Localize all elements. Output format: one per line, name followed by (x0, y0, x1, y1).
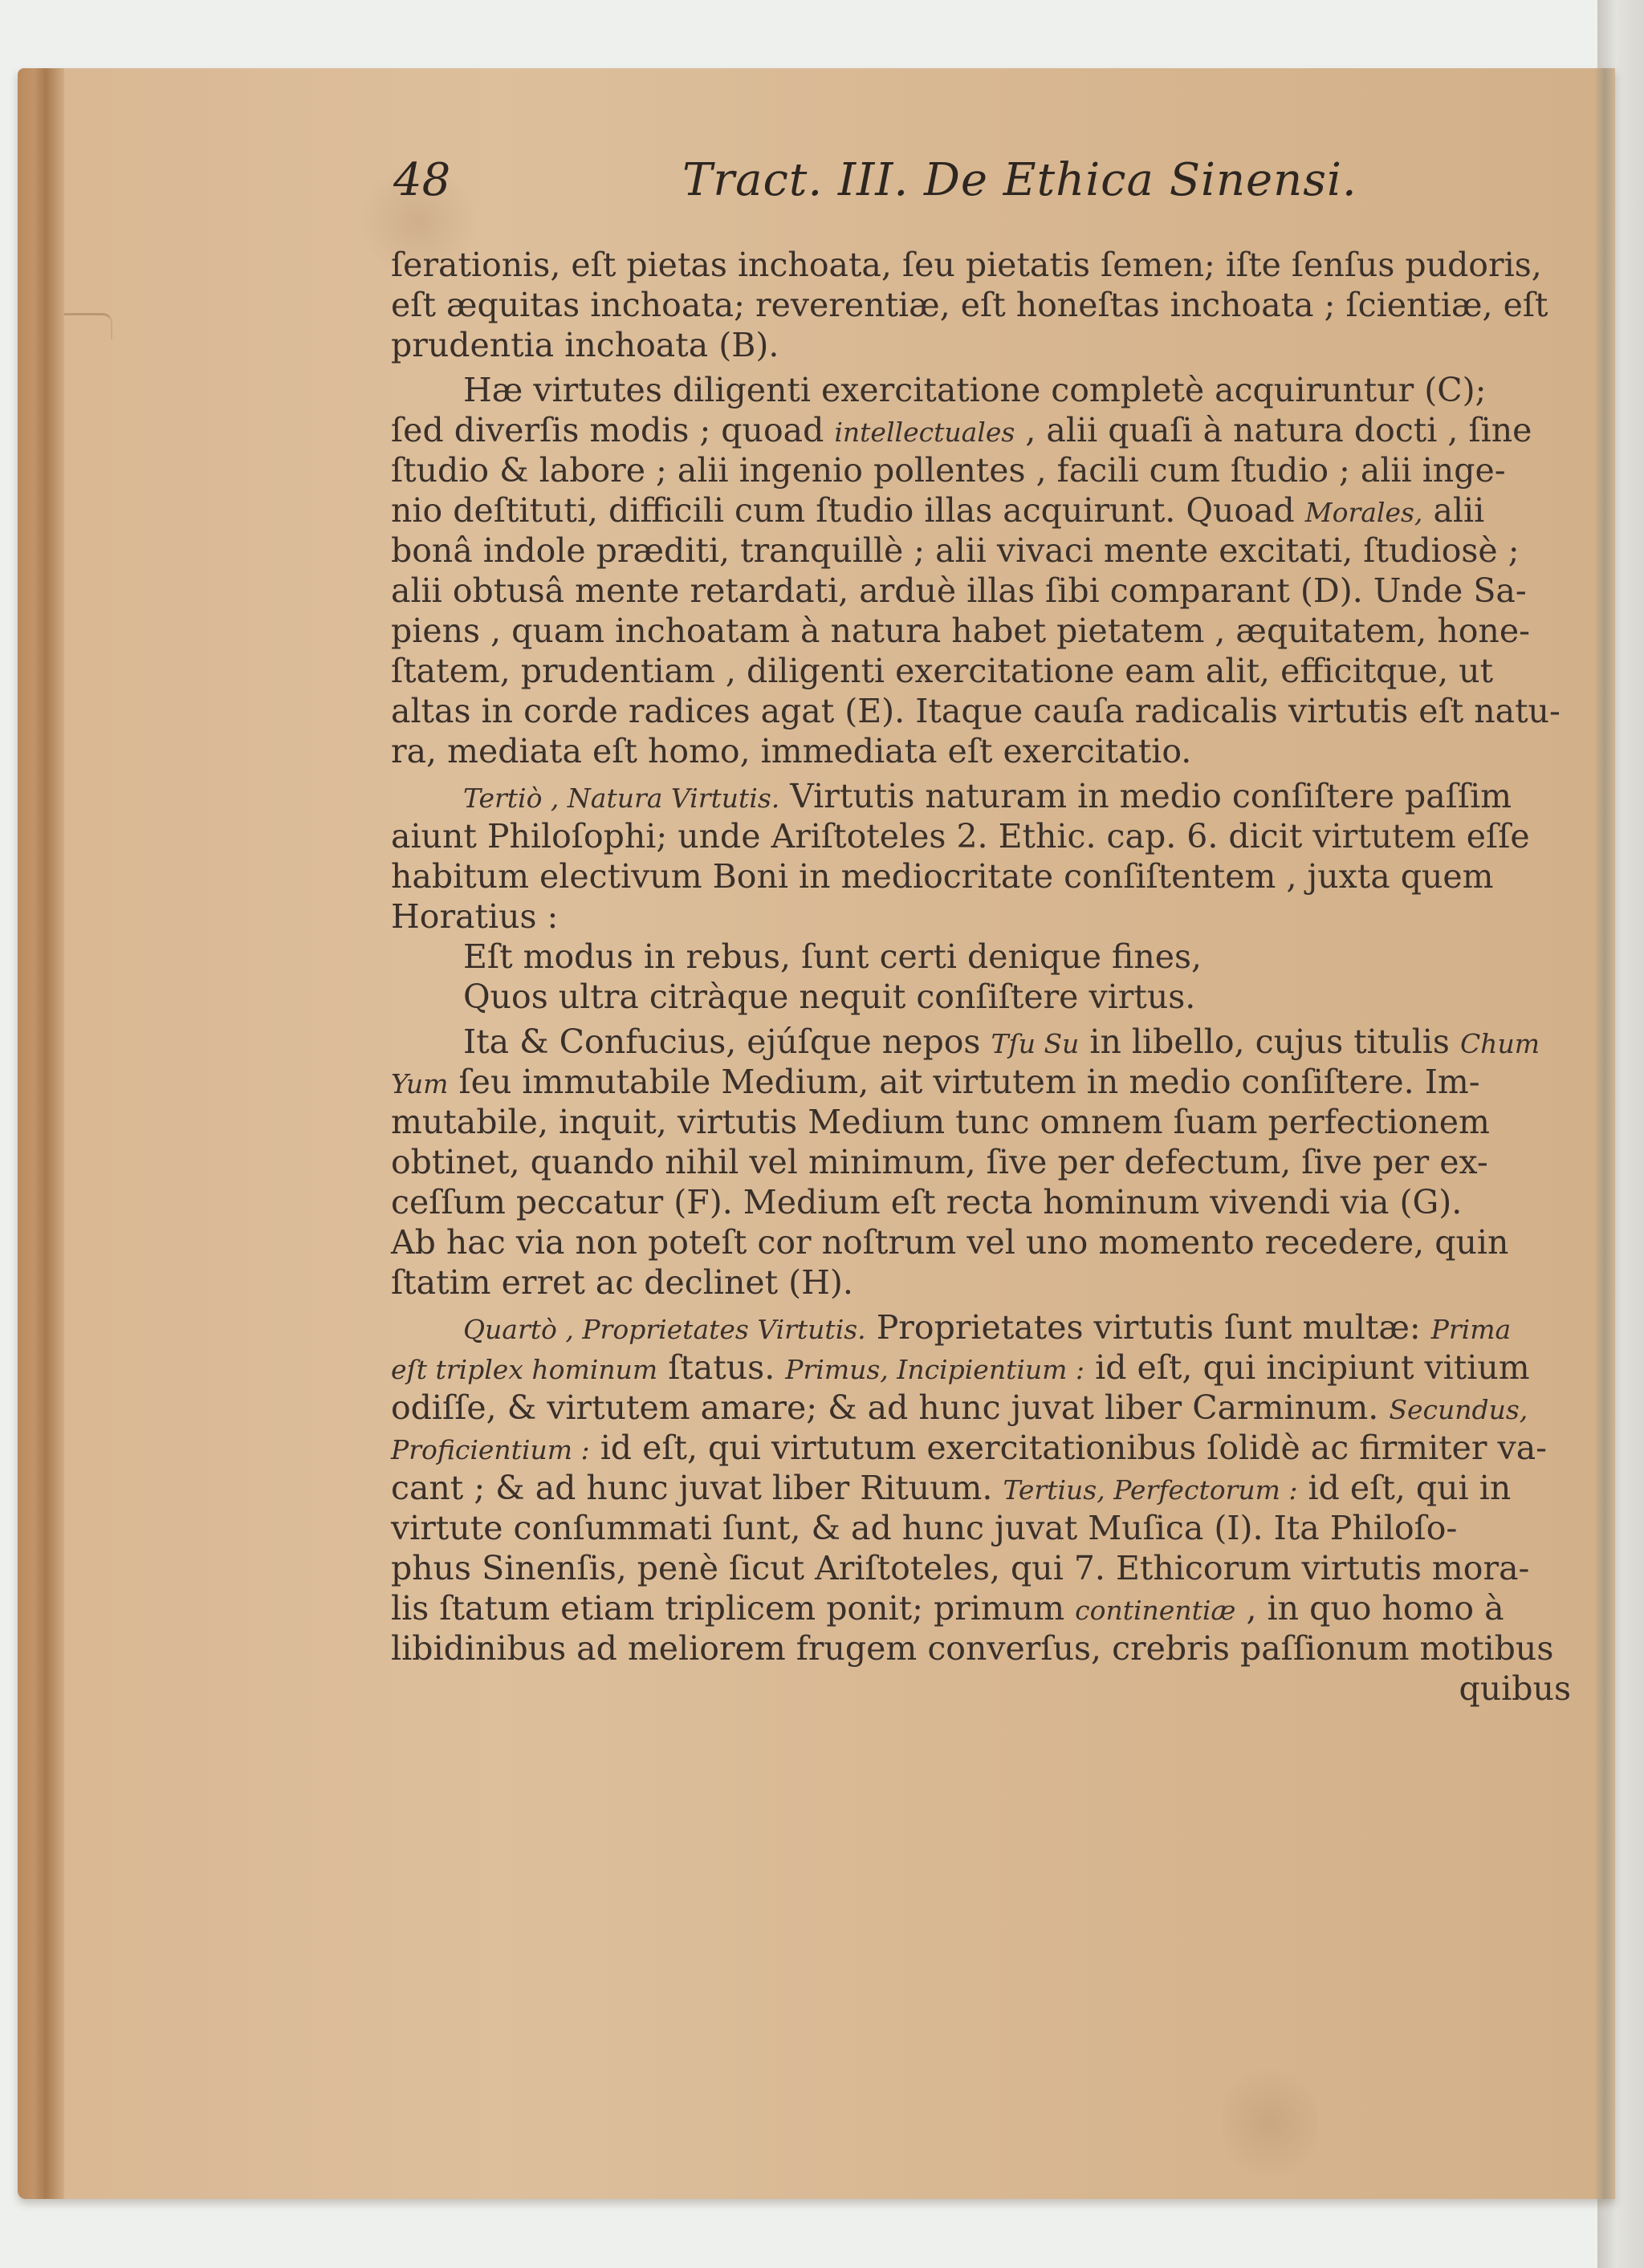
text-line: ſerationis, eſt pietas inchoata, ſeu pie… (391, 245, 1627, 285)
text-line: Tertiò , Natura Virtutis. Virtutis natur… (391, 776, 1627, 816)
text-segment: ſtudio & labore ; alii ingenio pollentes… (391, 451, 1506, 490)
text-line: altas in corde radices agat (E). Itaque … (391, 691, 1627, 731)
text-line: alii obtusâ mente retardati, arduè illas… (391, 571, 1627, 611)
text-segment: obtinet, quando nihil vel minimum, ſive … (391, 1143, 1488, 1181)
text-segment: odiſſe, & virtutem amare; & ad hunc juva… (391, 1388, 1389, 1427)
text-segment: Eſt modus in rebus, ſunt certi denique f… (463, 937, 1202, 976)
text-segment: ra, mediata eſt homo, immediata eſt exer… (391, 732, 1191, 770)
text-line: lis ſtatum etiam triplicem ponit; primum… (391, 1588, 1627, 1628)
text-segment: Proprietates virtutis ſunt multæ: (866, 1308, 1431, 1347)
text-line: Yum ſeu immutabile Medium, ait virtutem … (391, 1062, 1627, 1102)
text-segment: mutabile, inquit, virtutis Medium tunc o… (391, 1103, 1490, 1141)
italic-term: Secundus, (1389, 1394, 1528, 1425)
text-segment: quibus (1459, 1669, 1571, 1708)
text-line: Proficientium : id eſt, qui virtutum exe… (391, 1428, 1627, 1468)
text-segment: Ab hac via non poteſt cor noſtrum vel un… (391, 1223, 1508, 1262)
text-segment: prudentia inchoata (B). (391, 326, 779, 364)
text-line: eſt æquitas inchoata; reverentiæ, eſt ho… (391, 285, 1627, 325)
text-segment: ſtatem, prudentiam , diligenti exercitat… (391, 652, 1493, 690)
text-segment: habitum electivum Boni in mediocritate c… (391, 857, 1494, 896)
text-line: obtinet, quando nihil vel minimum, ſive … (391, 1142, 1627, 1182)
text-segment: Ita & Confucius, ejúſque nepos (463, 1022, 991, 1061)
text-line: Ita & Confucius, ejúſque nepos Tſu Su in… (391, 1022, 1627, 1062)
text-segment: in libello, cujus titulis (1079, 1022, 1460, 1061)
text-segment: virtute conſummati ſunt, & ad hunc juvat… (391, 1509, 1457, 1547)
italic-term: Prima (1431, 1314, 1512, 1345)
text-segment: phus Sinenſis, penè ſicut Ariſtoteles, q… (391, 1549, 1529, 1587)
text-segment: ſeu immutabile Medium, ait virtutem in m… (448, 1063, 1479, 1101)
text-segment: , alii quaſi à natura docti , ſine (1015, 411, 1532, 449)
italic-term: continentiæ (1075, 1595, 1235, 1626)
text-segment: Horatius : (391, 897, 558, 936)
text-line: habitum electivum Boni in mediocritate c… (391, 856, 1627, 896)
text-segment: Hæ virtutes diligenti exercitatione comp… (463, 371, 1486, 409)
text-segment: Quos ultra citràque nequit conſiſtere vi… (463, 978, 1195, 1016)
text-line: ſtudio & labore ; alii ingenio pollentes… (391, 450, 1627, 490)
catchword: quibus (391, 1668, 1595, 1709)
text-line: virtute conſummati ſunt, & ad hunc juvat… (391, 1508, 1627, 1548)
text-segment: piens , quam inchoatam à natura habet pi… (391, 612, 1530, 650)
text-line: odiſſe, & virtutem amare; & ad hunc juva… (391, 1388, 1627, 1428)
text-segment: id eſt, qui in (1298, 1469, 1512, 1507)
text-line: cant ; & ad hunc juvat liber Rituum. Ter… (391, 1468, 1627, 1508)
text-line: ſtatim erret ac declinet (H). (391, 1262, 1627, 1303)
text-line: ceſſum peccatur (F). Medium eſt recta ho… (391, 1182, 1627, 1222)
text-line: prudentia inchoata (B). (391, 325, 1627, 365)
text-segment: bonâ indole præditi, tranquillè ; alii v… (391, 531, 1520, 570)
italic-term: Tertiò , Natura Virtutis. (463, 782, 779, 814)
text-segment: nio deſtituti, difficili cum ſtudio illa… (391, 491, 1305, 530)
text-segment: cant ; & ad hunc juvat liber Rituum. (391, 1469, 1003, 1507)
text-segment: alii obtusâ mente retardati, arduè illas… (391, 571, 1527, 610)
verse-line: Eſt modus in rebus, ſunt certi denique f… (391, 937, 1627, 977)
text-line: mutabile, inquit, virtutis Medium tunc o… (391, 1102, 1627, 1142)
text-line: ſtatem, prudentiam , diligenti exercitat… (391, 651, 1627, 691)
italic-term: Morales, (1305, 497, 1423, 528)
paper-fold-mark (64, 313, 112, 339)
text-line: piens , quam inchoatam à natura habet pi… (391, 611, 1627, 651)
italic-term: Tertius, Perfectorum : (1003, 1474, 1297, 1506)
text-line: nio deſtituti, difficili cum ſtudio illa… (391, 490, 1627, 530)
text-line: ſed diverſis modis ; quoad intellectuale… (391, 410, 1627, 450)
text-segment: libidinibus ad meliorem frugem converſus… (391, 1629, 1553, 1668)
text-line: Quartò , Proprietates Virtutis. Propriet… (391, 1307, 1627, 1347)
text-line: Horatius : (391, 896, 1627, 937)
text-line: aiunt Philoſophi; unde Ariſtoteles 2. Et… (391, 816, 1627, 856)
text-segment: ſerationis, eſt pietas inchoata, ſeu pie… (391, 246, 1542, 284)
paper-stain (1222, 2059, 1318, 2187)
text-line: Ab hac via non poteſt cor noſtrum vel un… (391, 1222, 1627, 1262)
text-line: eſt triplex hominum ſtatus. Primus, Inci… (391, 1347, 1627, 1388)
text-line: bonâ indole præditi, tranquillè ; alii v… (391, 530, 1627, 571)
italic-term: eſt triplex hominum (391, 1354, 657, 1385)
text-line: ra, mediata eſt homo, immediata eſt exer… (391, 731, 1627, 771)
text-segment: ſed diverſis modis ; quoad (391, 411, 834, 449)
text-line: phus Sinenſis, penè ſicut Ariſtoteles, q… (391, 1548, 1627, 1588)
text-segment: ſtatus. (657, 1348, 785, 1387)
text-segment: lis ſtatum etiam triplicem ponit; primum (391, 1589, 1075, 1628)
text-segment: ſtatim erret ac declinet (H). (391, 1263, 853, 1302)
text-line: Hæ virtutes diligenti exercitatione comp… (391, 370, 1627, 410)
text-segment: id eſt, qui virtutum exercitationibus ſo… (590, 1429, 1547, 1467)
page-number: 48 (393, 152, 450, 209)
italic-term: Tſu Su (991, 1028, 1079, 1059)
text-segment: alii (1422, 491, 1484, 530)
italic-term: Proficientium : (391, 1434, 590, 1465)
text-segment: Virtutis naturam in medio conſiſtere paſ… (779, 777, 1512, 815)
text-segment: aiunt Philoſophi; unde Ariſtoteles 2. Et… (391, 817, 1530, 856)
italic-term: Chum (1460, 1028, 1540, 1059)
running-title: Tract. III. De Ethica Sinensi. (682, 152, 1357, 209)
running-header: 48 Tract. III. De Ethica Sinensi. (393, 152, 1437, 209)
text-segment: id eſt, qui incipiunt vitium (1084, 1348, 1530, 1387)
text-segment: eſt æquitas inchoata; reverentiæ, eſt ho… (391, 286, 1548, 324)
text-line: libidinibus ad meliorem frugem converſus… (391, 1628, 1627, 1668)
text-segment: , in quo homo à (1235, 1589, 1504, 1628)
italic-term: Yum (391, 1068, 448, 1099)
text-segment: altas in corde radices agat (E). Itaque … (391, 692, 1561, 730)
verse-line: Quos ultra citràque nequit conſiſtere vi… (391, 977, 1627, 1017)
text-segment: ceſſum peccatur (F). Medium eſt recta ho… (391, 1183, 1462, 1221)
body-text: ſerationis, eſt pietas inchoata, ſeu pie… (391, 245, 1627, 1709)
italic-term: intellectuales (834, 417, 1015, 448)
italic-term: Primus, Incipientium : (785, 1354, 1084, 1385)
italic-term: Quartò , Proprietates Virtutis. (463, 1314, 866, 1345)
